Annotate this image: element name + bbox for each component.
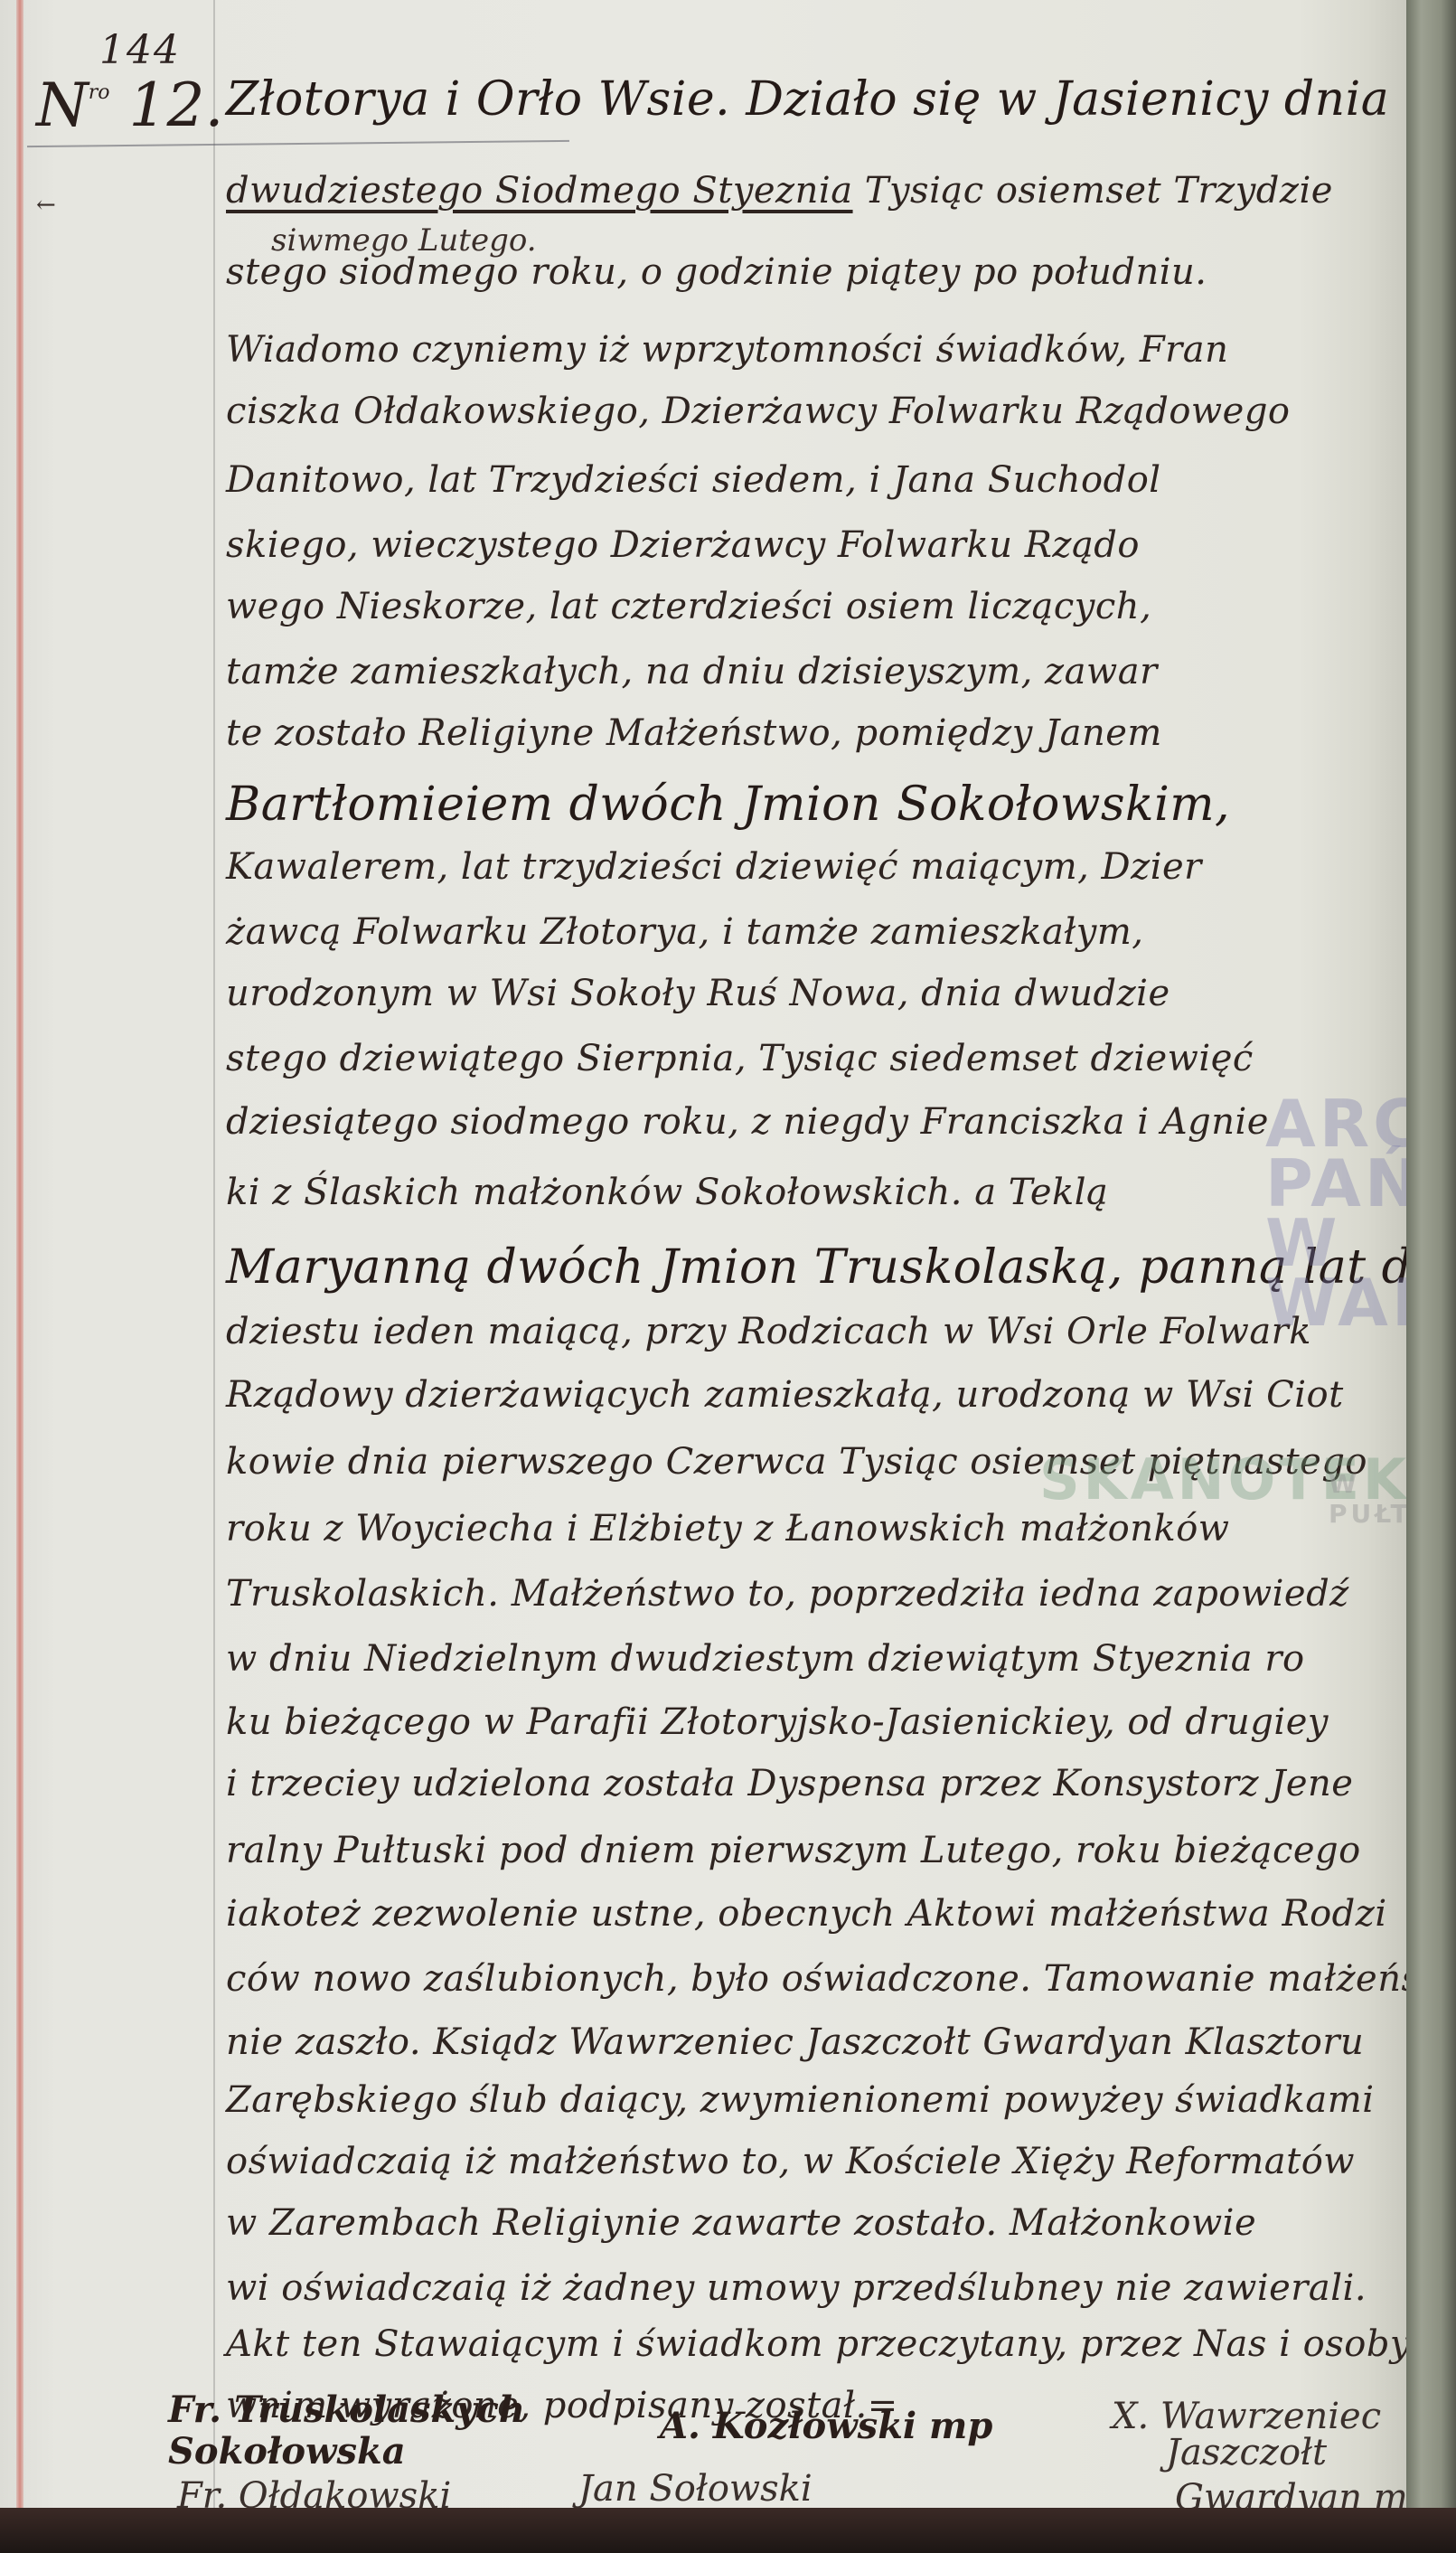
record-line: Danitowo, lat Trzydzieści siedem, i Jana… xyxy=(226,459,1161,501)
signature: A. Kozłowski mp xyxy=(660,2405,992,2447)
record-line: wi oświadczaią iż żadney umowy przedślub… xyxy=(226,2267,1367,2309)
record-line: Rządowy dzierżawiących zamieszkałą, urod… xyxy=(226,1374,1344,1416)
book-spine xyxy=(1406,0,1456,2553)
struck-date-text: dwudziestego Siodmego Styeznia xyxy=(226,170,853,212)
record-line: Bartłomieiem dwóch Jmion Sokołowskim, xyxy=(226,777,1230,832)
record-line: urodzonym w Wsi Sokoły Ruś Nowa, dnia dw… xyxy=(226,973,1170,1014)
record-line: ku bieżącego w Parafii Złotoryjsko-Jasie… xyxy=(226,1701,1329,1743)
record-line: żawcą Folwarku Złotorya, i tamże zamiesz… xyxy=(226,911,1144,953)
record-line: nie zaszło. Ksiądz Wawrzeniec Jaszczołt … xyxy=(226,2021,1364,2063)
signature: Fr. Truskolaskych xyxy=(168,2388,525,2431)
page-bottom-shadow xyxy=(0,2508,1456,2553)
gray-margin-rule xyxy=(213,0,215,2513)
register-page: 144 Nro 12. ← Złotorya i Orło Wsie. Dzia… xyxy=(0,0,1410,2522)
record-line: stego dziewiątego Sierpnia, Tysiąc siede… xyxy=(226,1038,1254,1079)
record-line: w dniu Niedzielnym dwudziestym dziewiąty… xyxy=(226,1638,1305,1680)
record-line: Truskolaskich. Małżeństwo to, poprzedził… xyxy=(226,1573,1349,1615)
record-line: skiego, wieczystego Dzierżawcy Folwarku … xyxy=(226,524,1140,566)
record-line: iakoteż zezwolenie ustne, obecnych Aktow… xyxy=(226,1893,1387,1935)
record-line: kowie dnia pierwszego Czerwca Tysiąc osi… xyxy=(226,1441,1367,1483)
signature: Jaszczołt xyxy=(1166,2432,1327,2473)
act-number: Nro 12. xyxy=(36,71,223,140)
interlinear-correction: siwmego Lutego. xyxy=(271,222,537,259)
record-line: dziesiątego siodmego roku, z niegdy Fran… xyxy=(226,1101,1269,1143)
record-line: ców nowo zaślubionych, było oświadczone.… xyxy=(226,1958,1456,2000)
record-line: ki z Ślaskich małżonków Sokołowskich. a … xyxy=(226,1172,1108,1213)
record-line: Złotorya i Orło Wsie. Działo się w Jasie… xyxy=(226,72,1389,127)
heading-rule xyxy=(27,140,569,147)
signature: Sokołowska xyxy=(168,2430,406,2473)
record-line: dziestu ieden maiącą, przy Rodzicach w W… xyxy=(226,1311,1311,1352)
record-line: te zostało Religiyne Małżeństwo, pomiędz… xyxy=(226,712,1162,754)
folio-number: 144 xyxy=(99,27,181,73)
record-line: ciszka Ołdakowskiego, Dzierżawcy Folwark… xyxy=(226,391,1291,432)
record-line: Kawalerem, lat trzydzieści dziewięć maią… xyxy=(226,846,1202,888)
act-number-value: 12. xyxy=(129,71,224,140)
act-number-label: N xyxy=(36,71,89,140)
red-margin-rule xyxy=(16,0,23,2513)
record-line: oświadczaią iż małżeństwo to, w Kościele… xyxy=(226,2141,1355,2182)
record-line: Wiadomo czyniemy iż wprzytomności świadk… xyxy=(226,329,1228,371)
record-line: Akt ten Stawaiącym i świadkom przeczytan… xyxy=(226,2323,1411,2365)
record-line: wego Nieskorze, lat czterdzieści osiem l… xyxy=(226,586,1151,627)
record-line: Maryanną dwóch Jmion Truskolaską, panną … xyxy=(226,1240,1456,1295)
signature: Jan Sołowski xyxy=(578,2468,813,2510)
record-line: tamże zamieszkałych, na dniu dzisieyszym… xyxy=(226,651,1158,692)
record-line: w Zarembach Religiynie zawarte zostało. … xyxy=(226,2202,1256,2244)
act-number-superscript: ro xyxy=(89,81,110,104)
margin-arrow-mark: ← xyxy=(36,192,56,219)
record-line: roku z Woyciecha i Elżbiety z Łanowskich… xyxy=(226,1508,1230,1550)
record-line: dwudziestego Siodmego Styeznia Tysiąc os… xyxy=(226,170,1333,212)
record-line: ralny Pułtuski pod dniem pierwszym Luteg… xyxy=(226,1830,1361,1871)
record-line: Zarębskiego ślub daiący, zwymienionemi p… xyxy=(226,2079,1375,2121)
record-line: i trzeciey udzielona została Dyspensa pr… xyxy=(226,1763,1353,1804)
